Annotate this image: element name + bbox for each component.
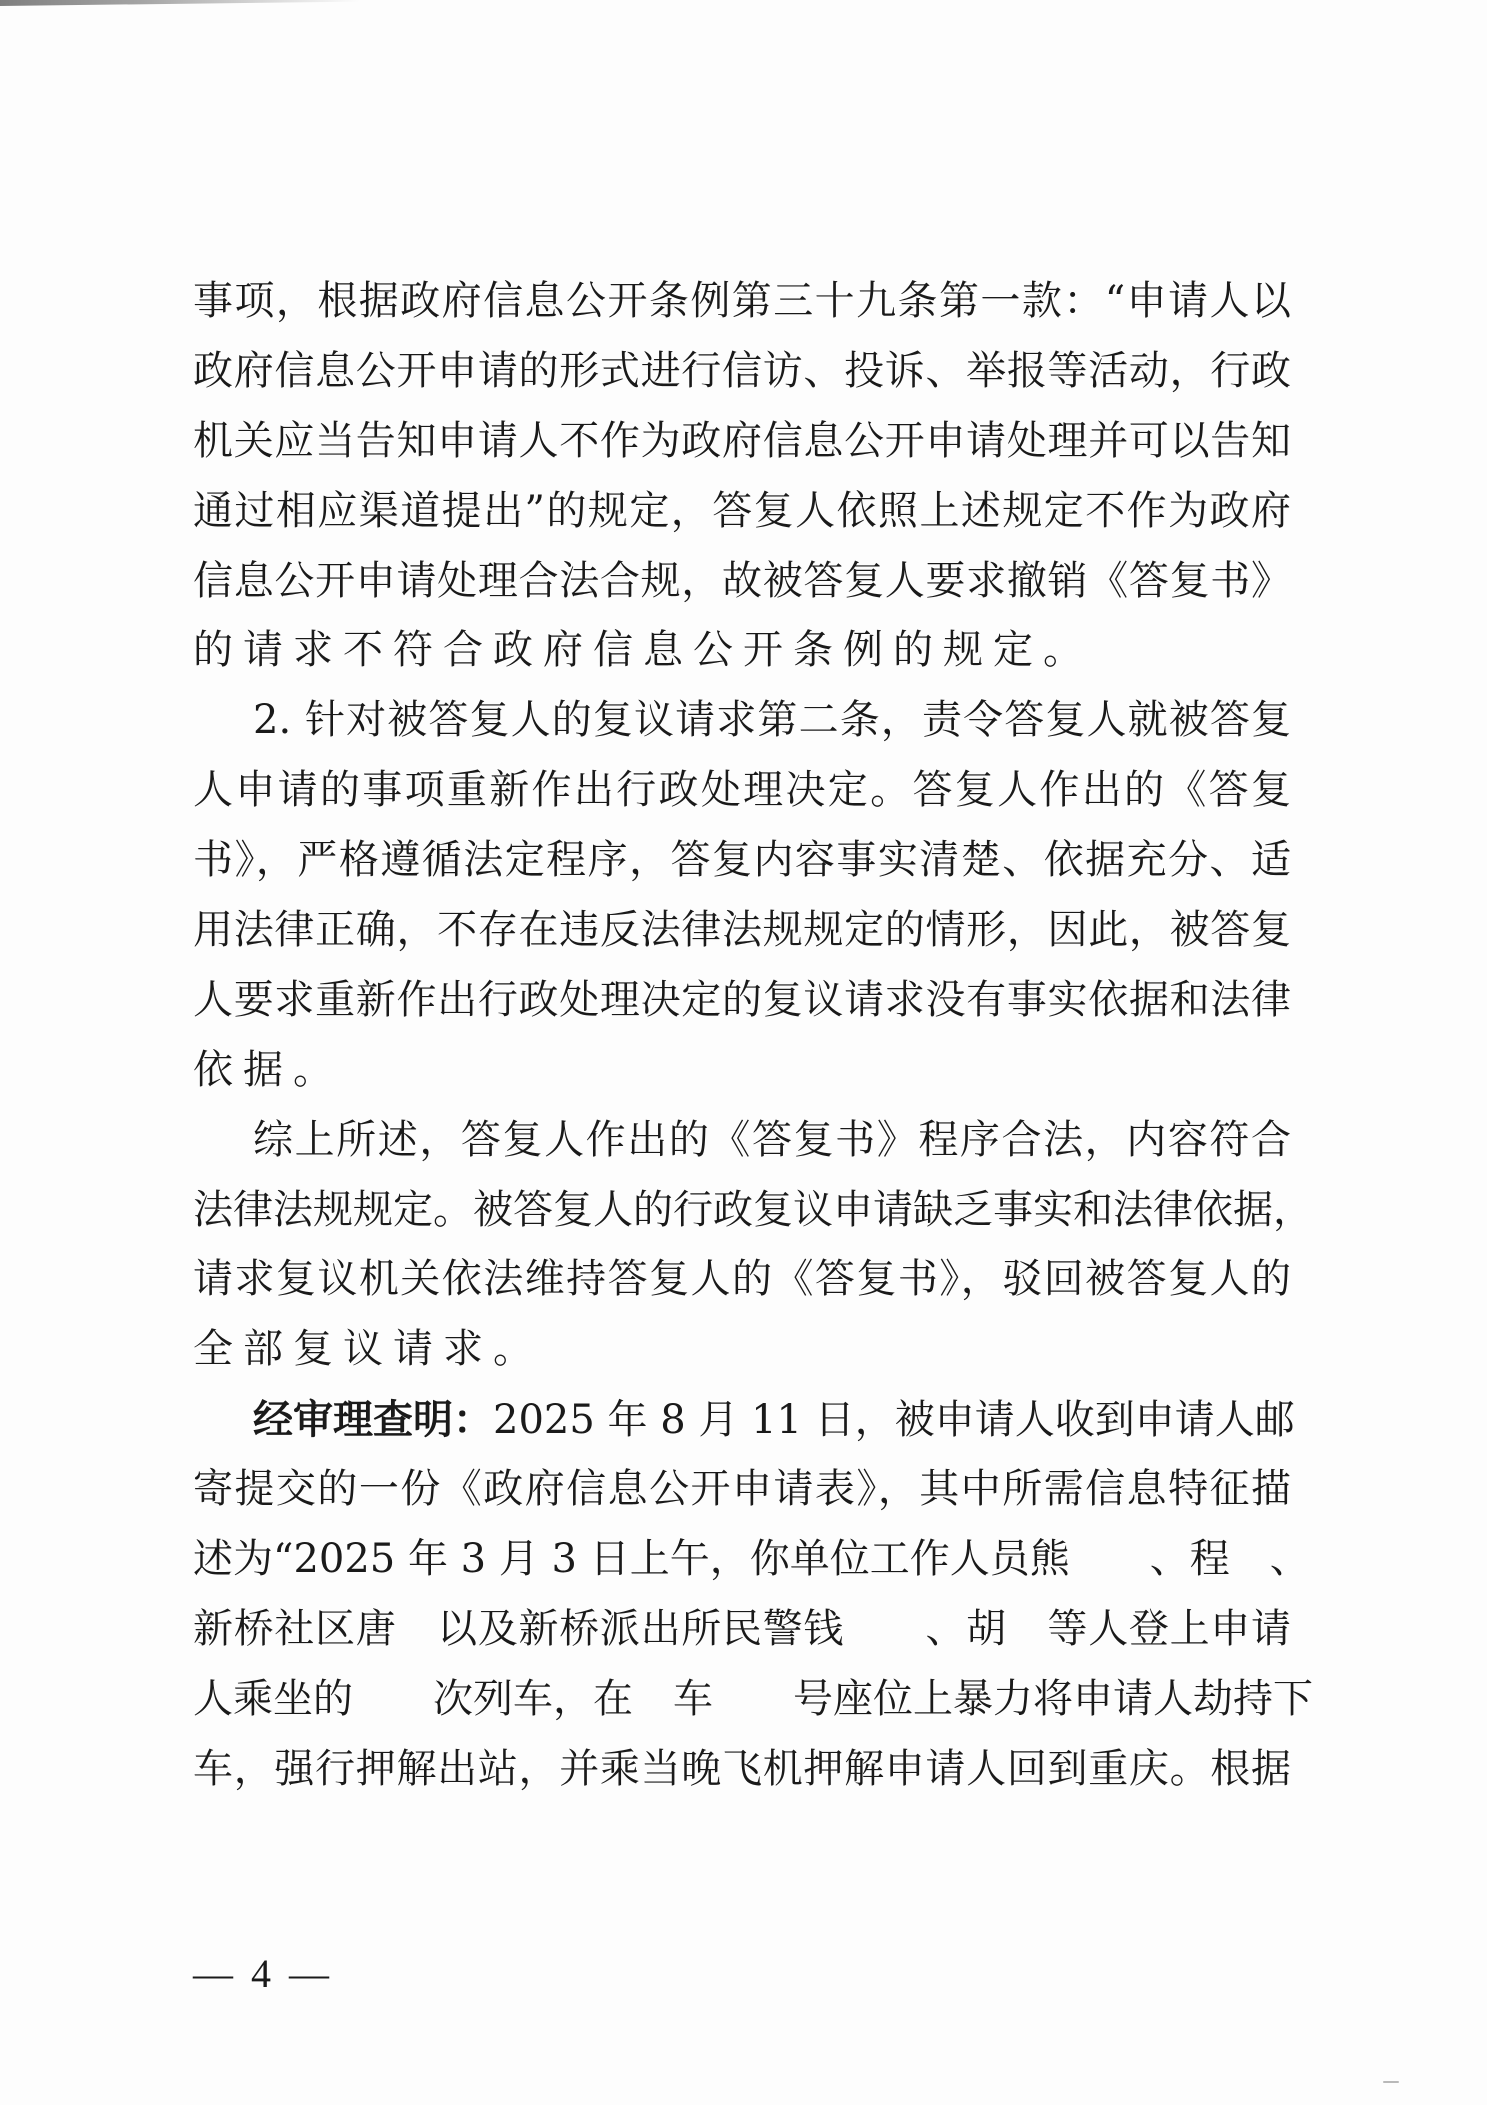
findings-paragraph-start: 经审理查明：2025 年 8 月 11 日，被申请人收到申请人邮 bbox=[193, 1385, 1291, 1455]
text-line: 事项，根据政府信息公开条例第三十九条第一款：“申请人以 bbox=[193, 267, 1291, 337]
text-line: 书》，严格遵循法定程序，答复内容事实清楚、依据充分、适 bbox=[193, 826, 1291, 896]
document-body: 事项，根据政府信息公开条例第三十九条第一款：“申请人以 政府信息公开申请的形式进… bbox=[193, 267, 1291, 1805]
summary-paragraph-start: 综上所述，答复人作出的《答复书》程序合法，内容符合 bbox=[193, 1106, 1291, 1176]
text-line: 的请求不符合政府信息公开条例的规定。 bbox=[193, 616, 1291, 686]
text-line: 通过相应渠道提出”的规定，答复人依照上述规定不作为政府 bbox=[193, 477, 1291, 547]
text-line: 全部复议请求。 bbox=[193, 1315, 1291, 1385]
text-line: 人要求重新作出行政处理决定的复议请求没有事实依据和法律 bbox=[193, 966, 1291, 1036]
paragraph-2-start: 2. 针对被答复人的复议请求第二条，责令答复人就被答复 bbox=[193, 686, 1291, 756]
text-line: 政府信息公开申请的形式进行信访、投诉、举报等活动，行政 bbox=[193, 337, 1291, 407]
text-line: 用法律正确，不存在违反法律法规规定的情形，因此，被答复 bbox=[193, 896, 1291, 966]
findings-heading: 经审理查明： bbox=[253, 1396, 493, 1443]
text-line: 人乘坐的 次列车，在 车 号座位上暴力将申请人劫持下 bbox=[193, 1665, 1291, 1735]
text-line: 法律法规规定。被答复人的行政复议申请缺乏事实和法律依据， bbox=[193, 1176, 1291, 1246]
findings-text: 2025 年 8 月 11 日，被申请人收到申请人邮 bbox=[493, 1397, 1295, 1443]
text-line: 请求复议机关依法维持答复人的《答复书》，驳回被答复人的 bbox=[193, 1245, 1291, 1315]
text-line: 机关应当告知申请人不作为政府信息公开申请处理并可以告知 bbox=[193, 407, 1291, 477]
text-line: 车，强行押解出站，并乘当晚飞机押解申请人回到重庆。根据 bbox=[193, 1735, 1291, 1805]
text-line: 人申请的事项重新作出行政处理决定。答复人作出的《答复 bbox=[193, 756, 1291, 826]
page-number: — 4 — bbox=[193, 1950, 333, 1997]
text-line: 新桥社区唐 以及新桥派出所民警钱 、胡 等人登上申请 bbox=[193, 1595, 1291, 1665]
text-line: 依据。 bbox=[193, 1036, 1291, 1106]
scan-edge-artifact bbox=[0, 0, 360, 6]
scan-mark bbox=[1383, 2081, 1399, 2083]
text-line: 寄提交的一份《政府信息公开申请表》，其中所需信息特征描 bbox=[193, 1455, 1291, 1525]
text-line: 述为“2025 年 3 月 3 日上午，你单位工作人员熊 、程 、 bbox=[193, 1525, 1291, 1595]
text-line: 信息公开申请处理合法合规，故被答复人要求撤销《答复书》 bbox=[193, 547, 1291, 617]
